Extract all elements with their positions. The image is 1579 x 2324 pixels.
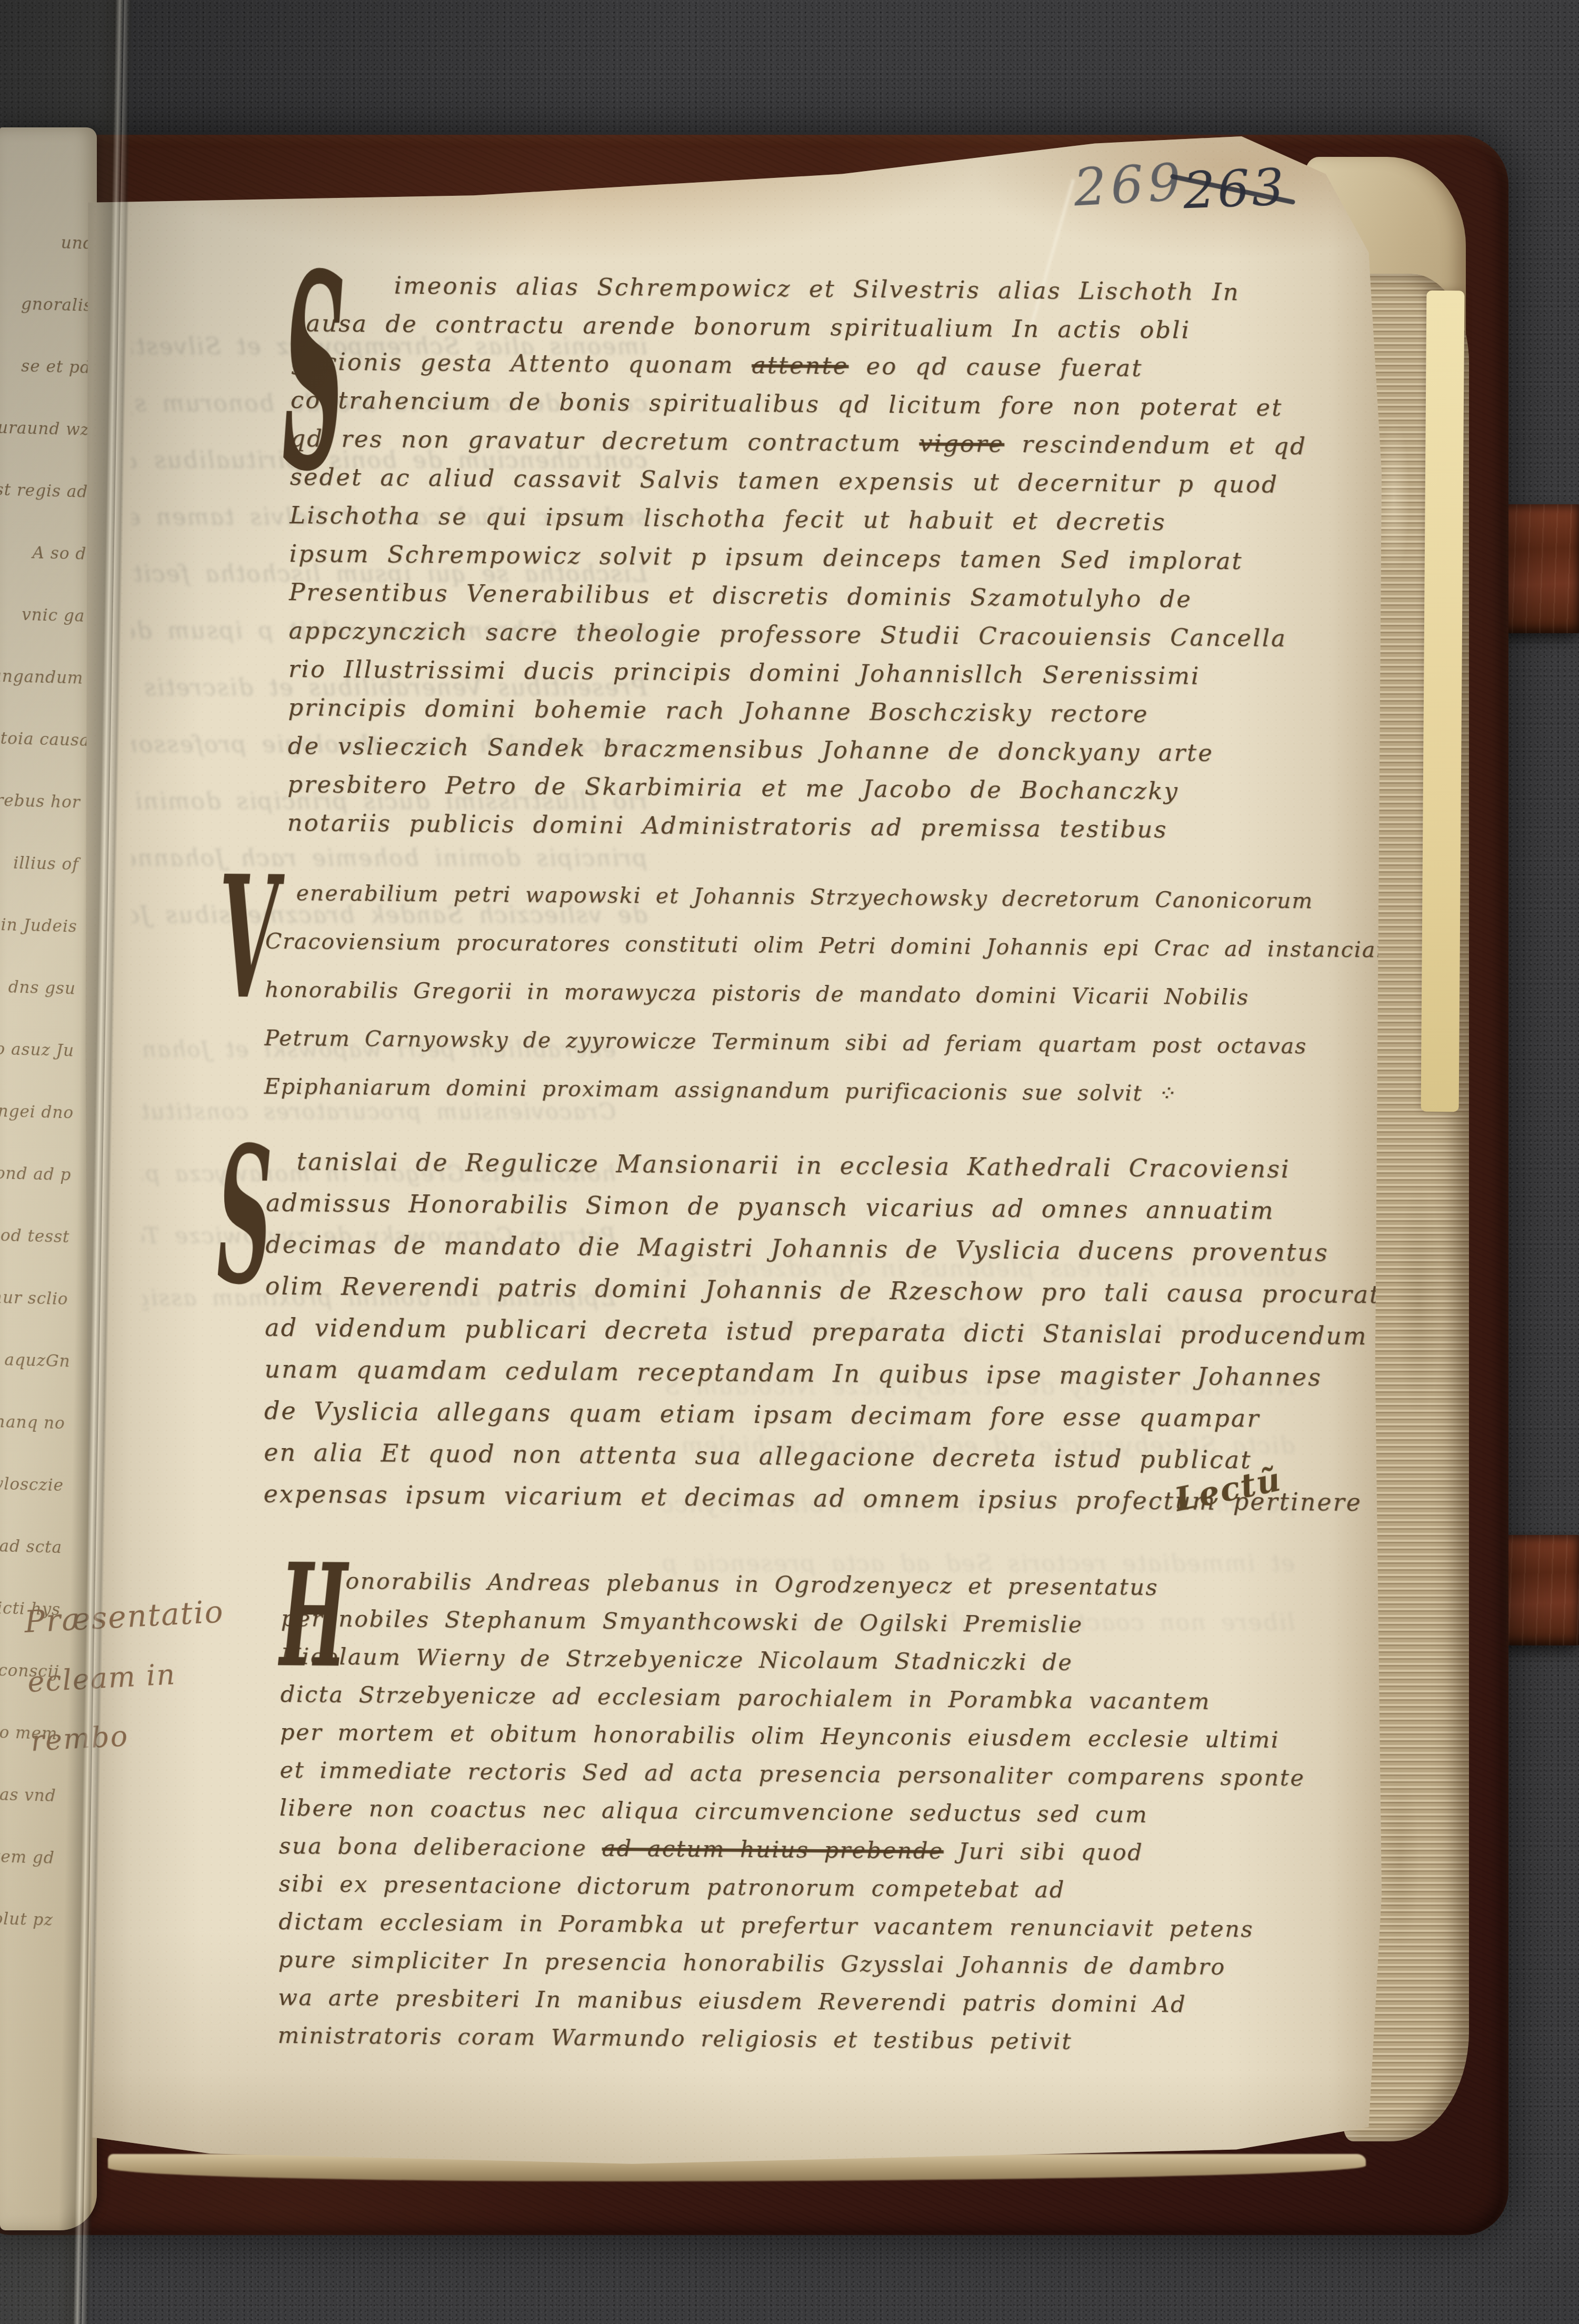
text-line: Epiphaniarum domini proximam assignandum…	[264, 1062, 1382, 1120]
bookmark-strip	[1421, 291, 1465, 1112]
text-line: ministratoris coram Warmundo religiosis …	[277, 2017, 1303, 2062]
initial-letter: S	[216, 1122, 273, 1311]
text-segment: eo qd cause fuerat	[848, 352, 1143, 382]
manuscript-page: imeonis alias Schrempowicz et Silvestris…	[84, 134, 1382, 2174]
struck-text: attente	[752, 351, 849, 380]
struck-text: ad actum huius prebende	[602, 1836, 944, 1864]
text-line: imeonis alias Schrempowicz et Silvestris…	[394, 266, 1308, 312]
entry-1: S imeonis alias Schrempowicz et Silvestr…	[287, 265, 1308, 850]
text-line: Petrum Carnyowsky de zyyrowicze Terminum…	[264, 1014, 1382, 1071]
entry-2: V enerabilium petri wapowski et Johannis…	[264, 869, 1382, 1120]
manuscript-text: S imeonis alias Schrempowicz et Silvestr…	[84, 134, 1382, 2174]
initial-letter: S	[282, 240, 346, 509]
entry-3: S tanislai de Regulicze Mansionarii in e…	[263, 1141, 1382, 1524]
text-line: notariis publicis domini Administratoris…	[287, 803, 1304, 850]
entry-4: H onorabilis Andreas plebanus in Ogrodze…	[277, 1562, 1306, 2062]
initial-letter: V	[218, 853, 278, 1022]
text-segment: sua bona deliberacione	[279, 1833, 602, 1862]
struck-text: vigore	[919, 429, 1004, 457]
initial-letter: H	[279, 1545, 348, 1688]
text-segment: qd res non gravatur decretum contractum	[290, 424, 919, 457]
folio-number-old-ink-struck: 263	[1182, 158, 1287, 221]
text-line: enerabilium petri wapowski et Johannis S…	[296, 869, 1382, 925]
text-segment: rescindendum et qd	[1004, 430, 1307, 461]
photo-stage: und gnoralis se et pd uraund wz st regis…	[0, 0, 1579, 2324]
text-segment: Juri sibi quod	[944, 1838, 1144, 1866]
folio-number-pencil: 269	[1072, 153, 1186, 218]
text-line: honorabilis Gregorii in morawycza pistor…	[265, 965, 1382, 1023]
text-segment: gacionis gesta Attento quonam	[291, 347, 752, 379]
text-line: Cracoviensium procuratores constituti ol…	[265, 917, 1382, 974]
